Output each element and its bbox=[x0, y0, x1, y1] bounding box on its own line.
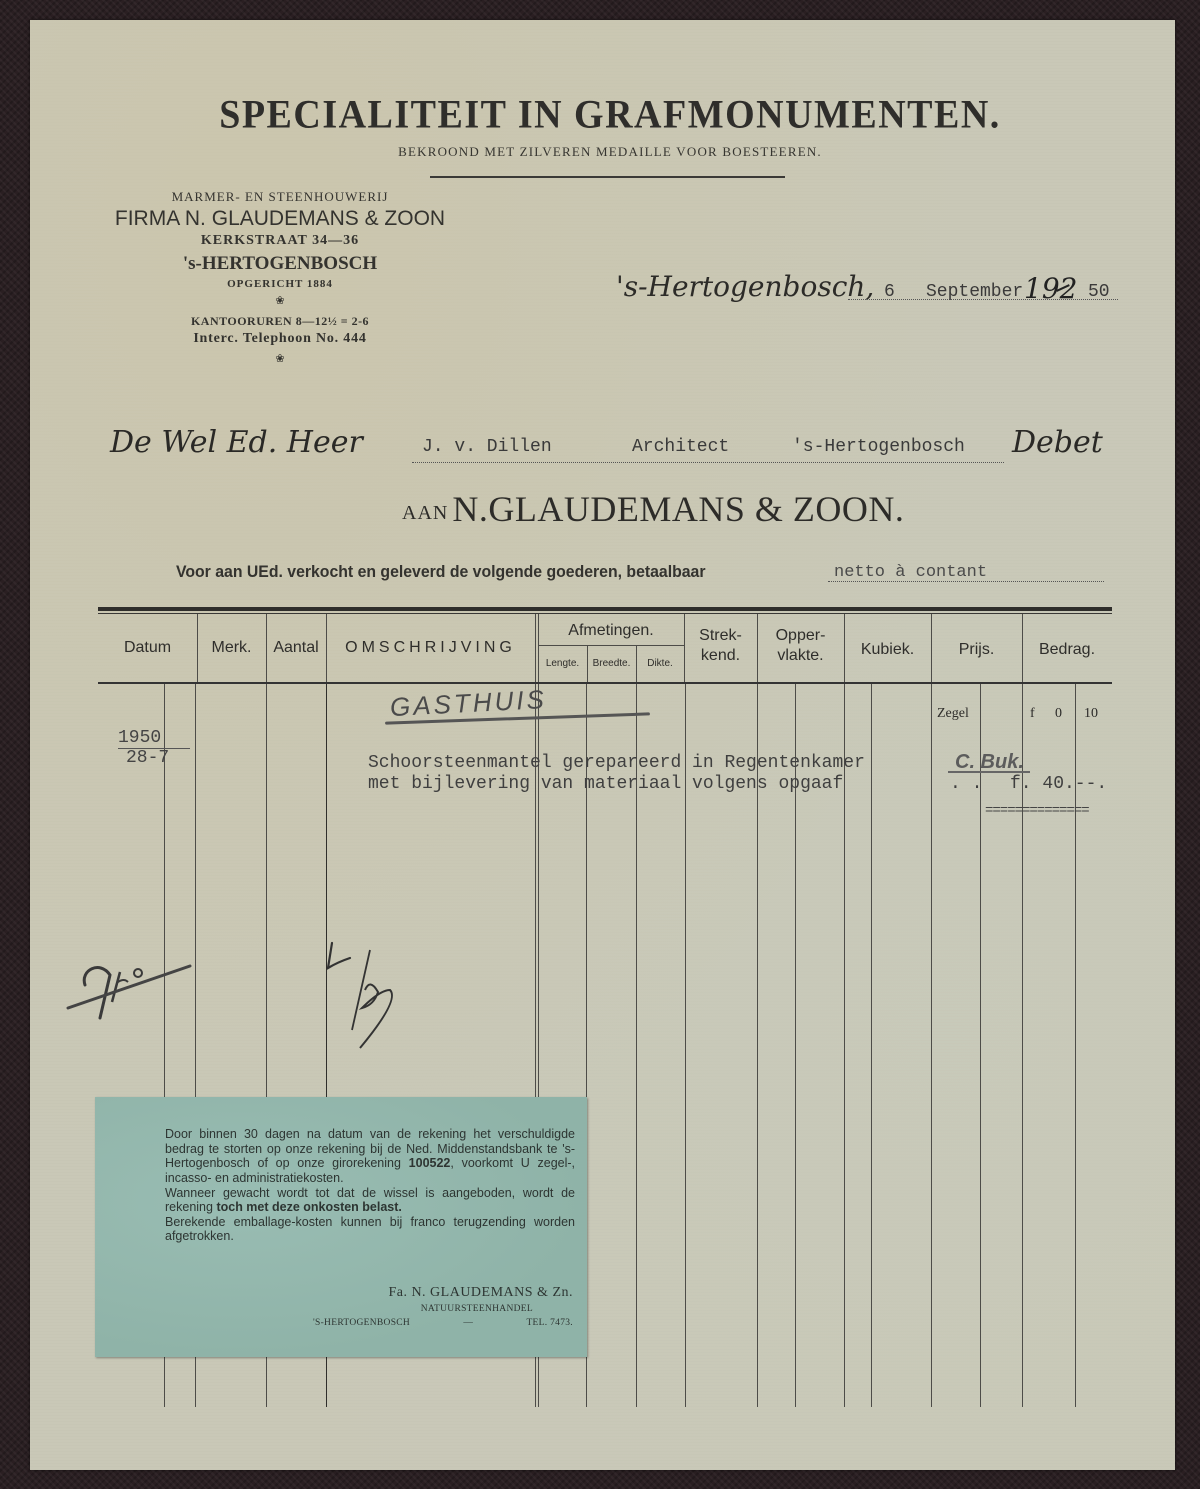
letterhead-divider bbox=[430, 176, 785, 178]
column-line bbox=[931, 684, 932, 1407]
firm-founded: OPGERICHT 1884 bbox=[80, 279, 480, 290]
addressee-salutation: De Wel Ed. Heer bbox=[110, 425, 363, 460]
entry-initials-underline bbox=[948, 771, 1030, 773]
firm-office-hours: KANTOORUREN 8—12½ = 2-6 bbox=[80, 315, 480, 327]
date-year: 50 bbox=[1088, 282, 1110, 302]
header-afmetingen: Afmetingen. bbox=[538, 621, 684, 641]
header-oppervlakte: Opper- vlakte. bbox=[757, 626, 844, 666]
addressee-city: 's-Hertogenbosch bbox=[792, 437, 965, 457]
header-oppervlakte-line2: vlakte. bbox=[757, 646, 844, 666]
firm-city: 's-HERTOGENBOSCH bbox=[80, 254, 480, 273]
date-line: 's-Hertogenbosch, 6 September 192 50 bbox=[616, 268, 1118, 308]
firm-block: MARMER- EN STEENHOUWERIJ FIRMA N. GLAUDE… bbox=[80, 190, 480, 373]
zegel-label: Zegel bbox=[937, 706, 969, 722]
slip-text-4: Berekende emballage-kosten kunnen bij fr… bbox=[165, 1215, 575, 1244]
firm-telephone: Interc. Telephoon No. 444 bbox=[80, 332, 480, 346]
header-strekkend-line2: kend. bbox=[684, 646, 757, 666]
slip-firm-tel: TEL. 7473. bbox=[526, 1318, 573, 1328]
creditor-name: N.GLAUDEMANS & ZOON. bbox=[452, 489, 904, 529]
header-lengte: Lengte. bbox=[538, 658, 587, 671]
header-bedrag: Bedrag. bbox=[1022, 640, 1112, 660]
giro-number: 100522 bbox=[409, 1156, 451, 1170]
afmetingen-subrule bbox=[538, 645, 684, 646]
entry-date-day: 28-7 bbox=[126, 748, 169, 768]
slip-firm-dash: — bbox=[463, 1318, 473, 1328]
table-top-rule-thin bbox=[98, 613, 1112, 614]
zegel-guilders: 0 bbox=[1055, 706, 1062, 722]
payment-slip: Door binnen 30 dagen na datum van de rek… bbox=[95, 1097, 587, 1357]
debet-label: Debet bbox=[1012, 425, 1103, 460]
table-top-rule bbox=[98, 607, 1112, 611]
slip-firm-name: Fa. N. GLAUDEMANS & Zn. bbox=[313, 1285, 573, 1301]
header-aantal: Aantal bbox=[266, 638, 326, 658]
header-breedte: Breedte. bbox=[587, 658, 636, 671]
header-oppervlakte-line1: Opper- bbox=[757, 626, 844, 646]
letterhead-title: SPECIALITEIT IN GRAFMONUMENTEN. bbox=[100, 92, 1120, 138]
entry-total-double-rule: ============== bbox=[985, 807, 1089, 815]
firm-trade: MARMER- EN STEENHOUWERIJ bbox=[80, 190, 480, 203]
table-header-rule bbox=[98, 682, 1112, 684]
creditor-prefix: AAN bbox=[402, 502, 448, 524]
slip-text-bold: toch met deze onkosten belast. bbox=[216, 1200, 401, 1214]
firm-name: FIRMA N. GLAUDEMANS & ZOON bbox=[80, 208, 480, 229]
column-line bbox=[871, 684, 872, 1407]
payment-slip-signature: Fa. N. GLAUDEMANS & Zn. NATUURSTEENHANDE… bbox=[313, 1285, 573, 1328]
header-strekkend: Strek- kend. bbox=[684, 626, 757, 666]
date-day: 6 bbox=[884, 282, 895, 302]
letterhead-subtitle: BEKROOND MET ZILVEREN MEDAILLE VOOR BOES… bbox=[100, 144, 1120, 160]
addressee-line: De Wel Ed. Heer J. v. Dillen Architect '… bbox=[110, 425, 1100, 470]
entry-description-line2: met bijlevering van materiaal volgens op… bbox=[368, 774, 843, 794]
header-divider bbox=[535, 614, 536, 682]
header-dikte: Dikte. bbox=[636, 658, 684, 671]
total-rule-line: ============== bbox=[985, 807, 1089, 815]
addressee-title: Architect bbox=[632, 437, 729, 457]
terms-text: Voor aan UEd. verkocht en geleverd de vo… bbox=[176, 562, 706, 582]
terms-value: netto à contant bbox=[834, 563, 987, 582]
entry-amount: f. 40.--. bbox=[1010, 774, 1107, 794]
header-omschrijving: OMSCHRIJVING bbox=[326, 638, 535, 658]
zegel-cents: 10 bbox=[1084, 706, 1098, 722]
header-merk: Merk. bbox=[197, 638, 266, 658]
slip-firm-contact: 'S-HERTOGENBOSCH — TEL. 7473. bbox=[313, 1318, 573, 1328]
slip-firm-trade: NATUURSTEENHANDEL bbox=[313, 1304, 573, 1314]
addressee-dotted-line bbox=[412, 462, 1004, 463]
ornament-icon: ❀ bbox=[80, 354, 480, 365]
header-kubiek: Kubiek. bbox=[844, 640, 931, 660]
signature-left-icon bbox=[60, 930, 200, 1030]
payment-slip-text: Door binnen 30 dagen na datum van de rek… bbox=[165, 1127, 575, 1244]
date-place: 's-Hertogenbosch, bbox=[616, 270, 874, 303]
ornament-icon: ❀ bbox=[80, 296, 480, 307]
firm-address: KERKSTRAAT 34—36 bbox=[80, 234, 480, 248]
header-datum: Datum bbox=[98, 638, 197, 658]
zegel-currency: f bbox=[1030, 706, 1035, 722]
date-printed-century: 192 bbox=[1024, 272, 1077, 305]
addressee-name: J. v. Dillen bbox=[422, 437, 552, 457]
signature-mark-icon bbox=[320, 930, 430, 1050]
creditor-line: AAN N.GLAUDEMANS & ZOON. bbox=[402, 488, 904, 528]
column-line bbox=[844, 684, 845, 1407]
header-prijs: Prijs. bbox=[931, 640, 1022, 660]
entry-leader-dots: . . bbox=[950, 774, 982, 794]
slip-firm-city: 'S-HERTOGENBOSCH bbox=[313, 1318, 410, 1328]
entry-date-year: 1950 bbox=[118, 728, 161, 748]
date-month: September bbox=[926, 282, 1023, 302]
terms-line: Voor aan UEd. verkocht en geleverd de vo… bbox=[176, 562, 1106, 584]
header-strekkend-line1: Strek- bbox=[684, 626, 757, 646]
entry-description-line1: Schoorsteenmantel gerepareerd in Regente… bbox=[368, 753, 865, 773]
